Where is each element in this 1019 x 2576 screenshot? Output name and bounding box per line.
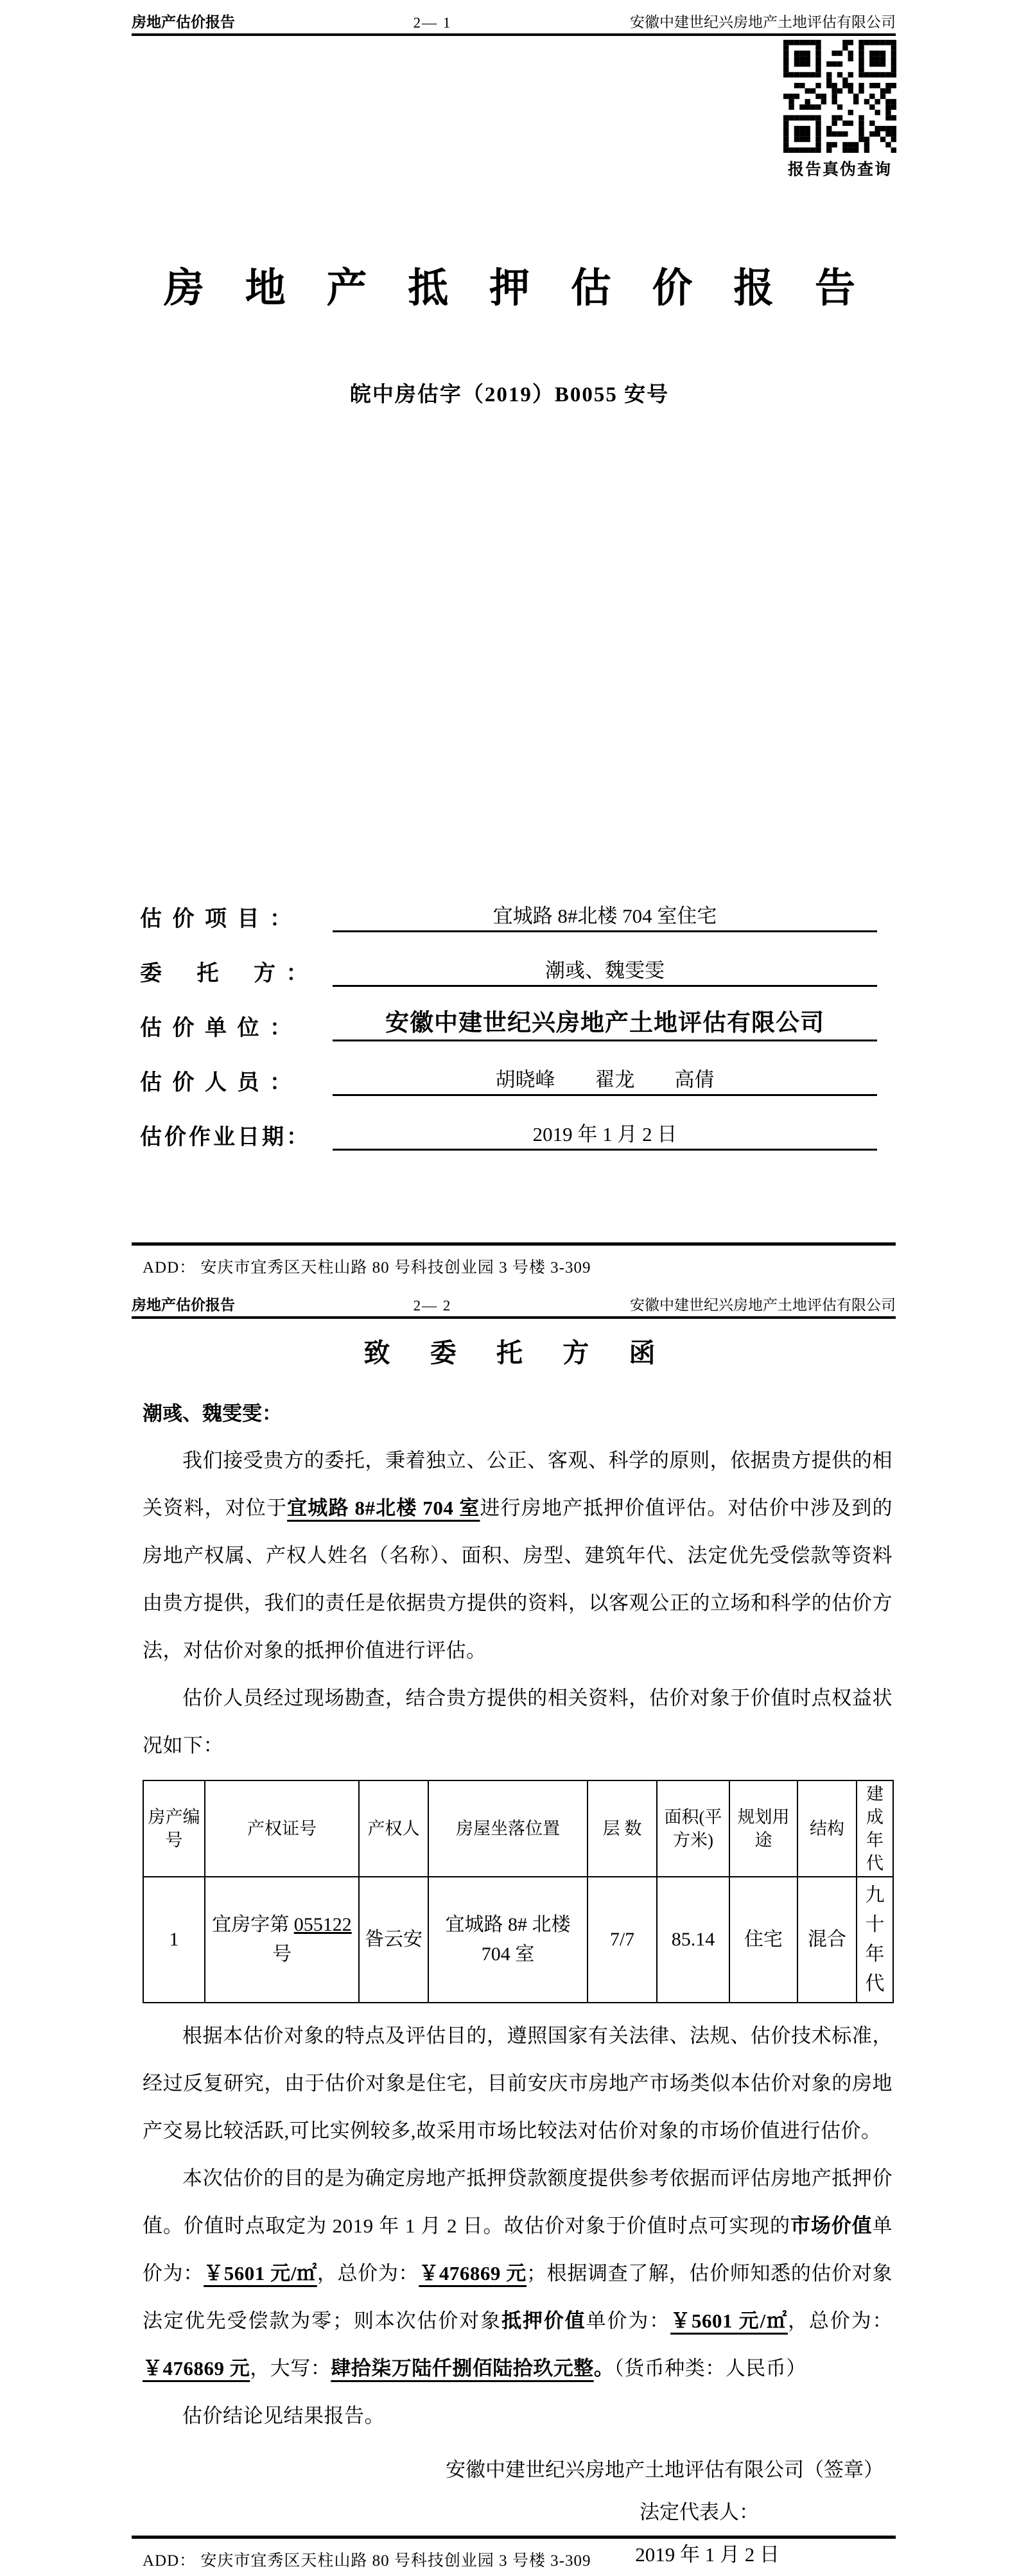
cell-property-no: 1 bbox=[143, 1877, 205, 2003]
letter-greeting: 潮彧、魏雯雯： bbox=[143, 1400, 893, 1428]
field-project: 估 价 项 目 ： 宜城路 8#北楼 704 室住宅 bbox=[140, 898, 877, 932]
cell-owner: 昝云安 bbox=[359, 1877, 428, 2003]
footer-address: ADD： 安庆市宜秀区天柱山路 80 号科技创业园 3 号楼 3-309 bbox=[143, 1255, 896, 1278]
header-page-number: 2— 1 bbox=[414, 15, 452, 31]
col-location: 房屋坐落位置 bbox=[428, 1780, 588, 1877]
col-planned-use: 规划用途 bbox=[729, 1780, 797, 1877]
field-value: 安徽中建世纪兴房地产土地评估有限公司 bbox=[333, 1003, 877, 1041]
field-label: 估 价 人 员 ： bbox=[140, 1065, 333, 1096]
footer-address: ADD： 安庆市宜秀区天柱山路 80 号科技创业园 3 号楼 3-309 bbox=[143, 2548, 896, 2571]
table-row: 1 宜房字第 055122 号 昝云安 宜城路 8# 北楼 704 室 7/7 … bbox=[143, 1877, 893, 2003]
header-page-number: 2— 2 bbox=[414, 1298, 452, 1314]
field-value: 潮彧、魏雯雯 bbox=[333, 954, 877, 987]
page-1: 房地产估价报告 2— 1 安徽中建世纪兴房地产土地评估有限公司 报告真伪查询 房… bbox=[0, 0, 1019, 1283]
header-doc-type: 房地产估价报告 bbox=[132, 1293, 235, 1314]
header-rule bbox=[132, 1316, 896, 1319]
header-company-name: 安徽中建世纪兴房地产土地评估有限公司 bbox=[630, 10, 896, 31]
paragraph-inspection: 估价人员经过现场勘查，结合贵方提供的相关资料，估价对象于价值时点权益状况如下： bbox=[143, 1675, 893, 1770]
field-appraisal-agency: 估 价 单 位 ： 安徽中建世纪兴房地产土地评估有限公司 bbox=[140, 1007, 877, 1041]
cell-location: 宜城路 8# 北楼 704 室 bbox=[428, 1877, 588, 2003]
page-footer: ADD： 安庆市宜秀区天柱山路 80 号科技创业园 3 号楼 3-309 bbox=[132, 2536, 896, 2571]
letter-heading: 致 委 托 方 函 bbox=[0, 1332, 1019, 1370]
page-header: 房地产估价报告 2— 2 安徽中建世纪兴房地产土地评估有限公司 bbox=[132, 1293, 896, 1314]
header-doc-type: 房地产估价报告 bbox=[132, 10, 235, 31]
cell-cert-no: 宜房字第 055122 号 bbox=[205, 1877, 359, 2003]
footer-rule bbox=[132, 1242, 896, 1246]
appraisal-report-document: { "page1": { "header": { "doc_type": "房地… bbox=[0, 0, 1019, 2576]
col-cert-no: 产权证号 bbox=[205, 1780, 359, 1877]
field-label: 委 托 方 ： bbox=[140, 955, 333, 987]
field-label: 估价作业日期： bbox=[140, 1119, 333, 1151]
field-value: 胡晓峰 翟龙 高倩 bbox=[333, 1063, 877, 1096]
cell-year-built: 九十年代 bbox=[857, 1877, 893, 2003]
report-title: 房 地 产 抵 押 估 价 报 告 bbox=[0, 256, 1019, 314]
field-appraisers: 估 价 人 员 ： 胡晓峰 翟龙 高倩 bbox=[140, 1061, 877, 1096]
paragraph-method: 根据本估价对象的特点及评估目的，遵照国家有关法律、法规、估价技术标准，经过反复研… bbox=[143, 2012, 893, 2155]
footer-rule bbox=[132, 2536, 896, 2539]
cell-floors: 7/7 bbox=[588, 1877, 657, 2003]
field-client: 委 托 方 ： 潮彧、魏雯雯 bbox=[140, 952, 877, 987]
col-area: 面积(平方米) bbox=[657, 1780, 729, 1877]
field-appraisal-date: 估价作业日期： 2019 年 1 月 2 日 bbox=[140, 1116, 877, 1151]
letter-body: 潮彧、魏雯雯： 我们接受贵方的委托，秉着独立、公正、客观、科学的原则，依据贵方提… bbox=[143, 1400, 893, 2576]
report-number: 皖中房估字（2019）B0055 安号 bbox=[0, 378, 1019, 408]
signature-company-seal: 安徽中建世纪兴房地产土地评估有限公司（签章） bbox=[143, 2449, 893, 2491]
header-rule bbox=[132, 33, 896, 36]
signature-legal-representative: 法定代表人： bbox=[143, 2491, 893, 2534]
col-owner: 产权人 bbox=[359, 1780, 428, 1877]
field-label: 估 价 项 目 ： bbox=[140, 901, 333, 932]
col-floors: 层 数 bbox=[588, 1780, 657, 1877]
cover-fields: 估 价 项 目 ： 宜城路 8#北楼 704 室住宅 委 托 方 ： 潮彧、魏雯… bbox=[140, 898, 877, 1171]
field-label: 估 价 单 位 ： bbox=[140, 1010, 333, 1041]
qr-verification-area: 报告真伪查询 bbox=[780, 40, 900, 180]
page-2: 房地产估价报告 2— 2 安徽中建世纪兴房地产土地评估有限公司 致 委 托 方 … bbox=[0, 1283, 1019, 2576]
qr-code bbox=[783, 40, 896, 153]
cell-area: 85.14 bbox=[657, 1877, 729, 2003]
col-property-no: 房产编号 bbox=[143, 1780, 205, 1877]
paragraph-engagement: 我们接受贵方的委托，秉着独立、公正、客观、科学的原则，依据贵方提供的相关资料，对… bbox=[143, 1437, 893, 1675]
property-rights-table: 房产编号 产权证号 产权人 房屋坐落位置 层 数 面积(平方米) 规划用途 结构… bbox=[143, 1780, 894, 2003]
col-structure: 结构 bbox=[797, 1780, 857, 1877]
page-header: 房地产估价报告 2— 1 安徽中建世纪兴房地产土地评估有限公司 bbox=[132, 10, 896, 31]
qr-caption: 报告真伪查询 bbox=[780, 157, 900, 180]
field-value: 2019 年 1 月 2 日 bbox=[333, 1118, 877, 1151]
field-value: 宜城路 8#北楼 704 室住宅 bbox=[333, 900, 877, 932]
page-footer: ADD： 安庆市宜秀区天柱山路 80 号科技创业园 3 号楼 3-309 bbox=[132, 1242, 896, 1278]
paragraph-valuation-result: 本次估价的目的是为确定房地产抵押贷款额度提供参考依据而评估房地产抵押价值。价值时… bbox=[143, 2155, 893, 2392]
header-company-name: 安徽中建世纪兴房地产土地评估有限公司 bbox=[630, 1293, 896, 1314]
paragraph-conclusion-note: 估价结论见结果报告。 bbox=[143, 2392, 893, 2440]
col-year-built: 建成年代 bbox=[857, 1780, 893, 1877]
cell-structure: 混合 bbox=[797, 1877, 857, 2003]
cell-planned-use: 住宅 bbox=[729, 1877, 797, 2003]
table-header-row: 房产编号 产权证号 产权人 房屋坐落位置 层 数 面积(平方米) 规划用途 结构… bbox=[143, 1780, 893, 1877]
